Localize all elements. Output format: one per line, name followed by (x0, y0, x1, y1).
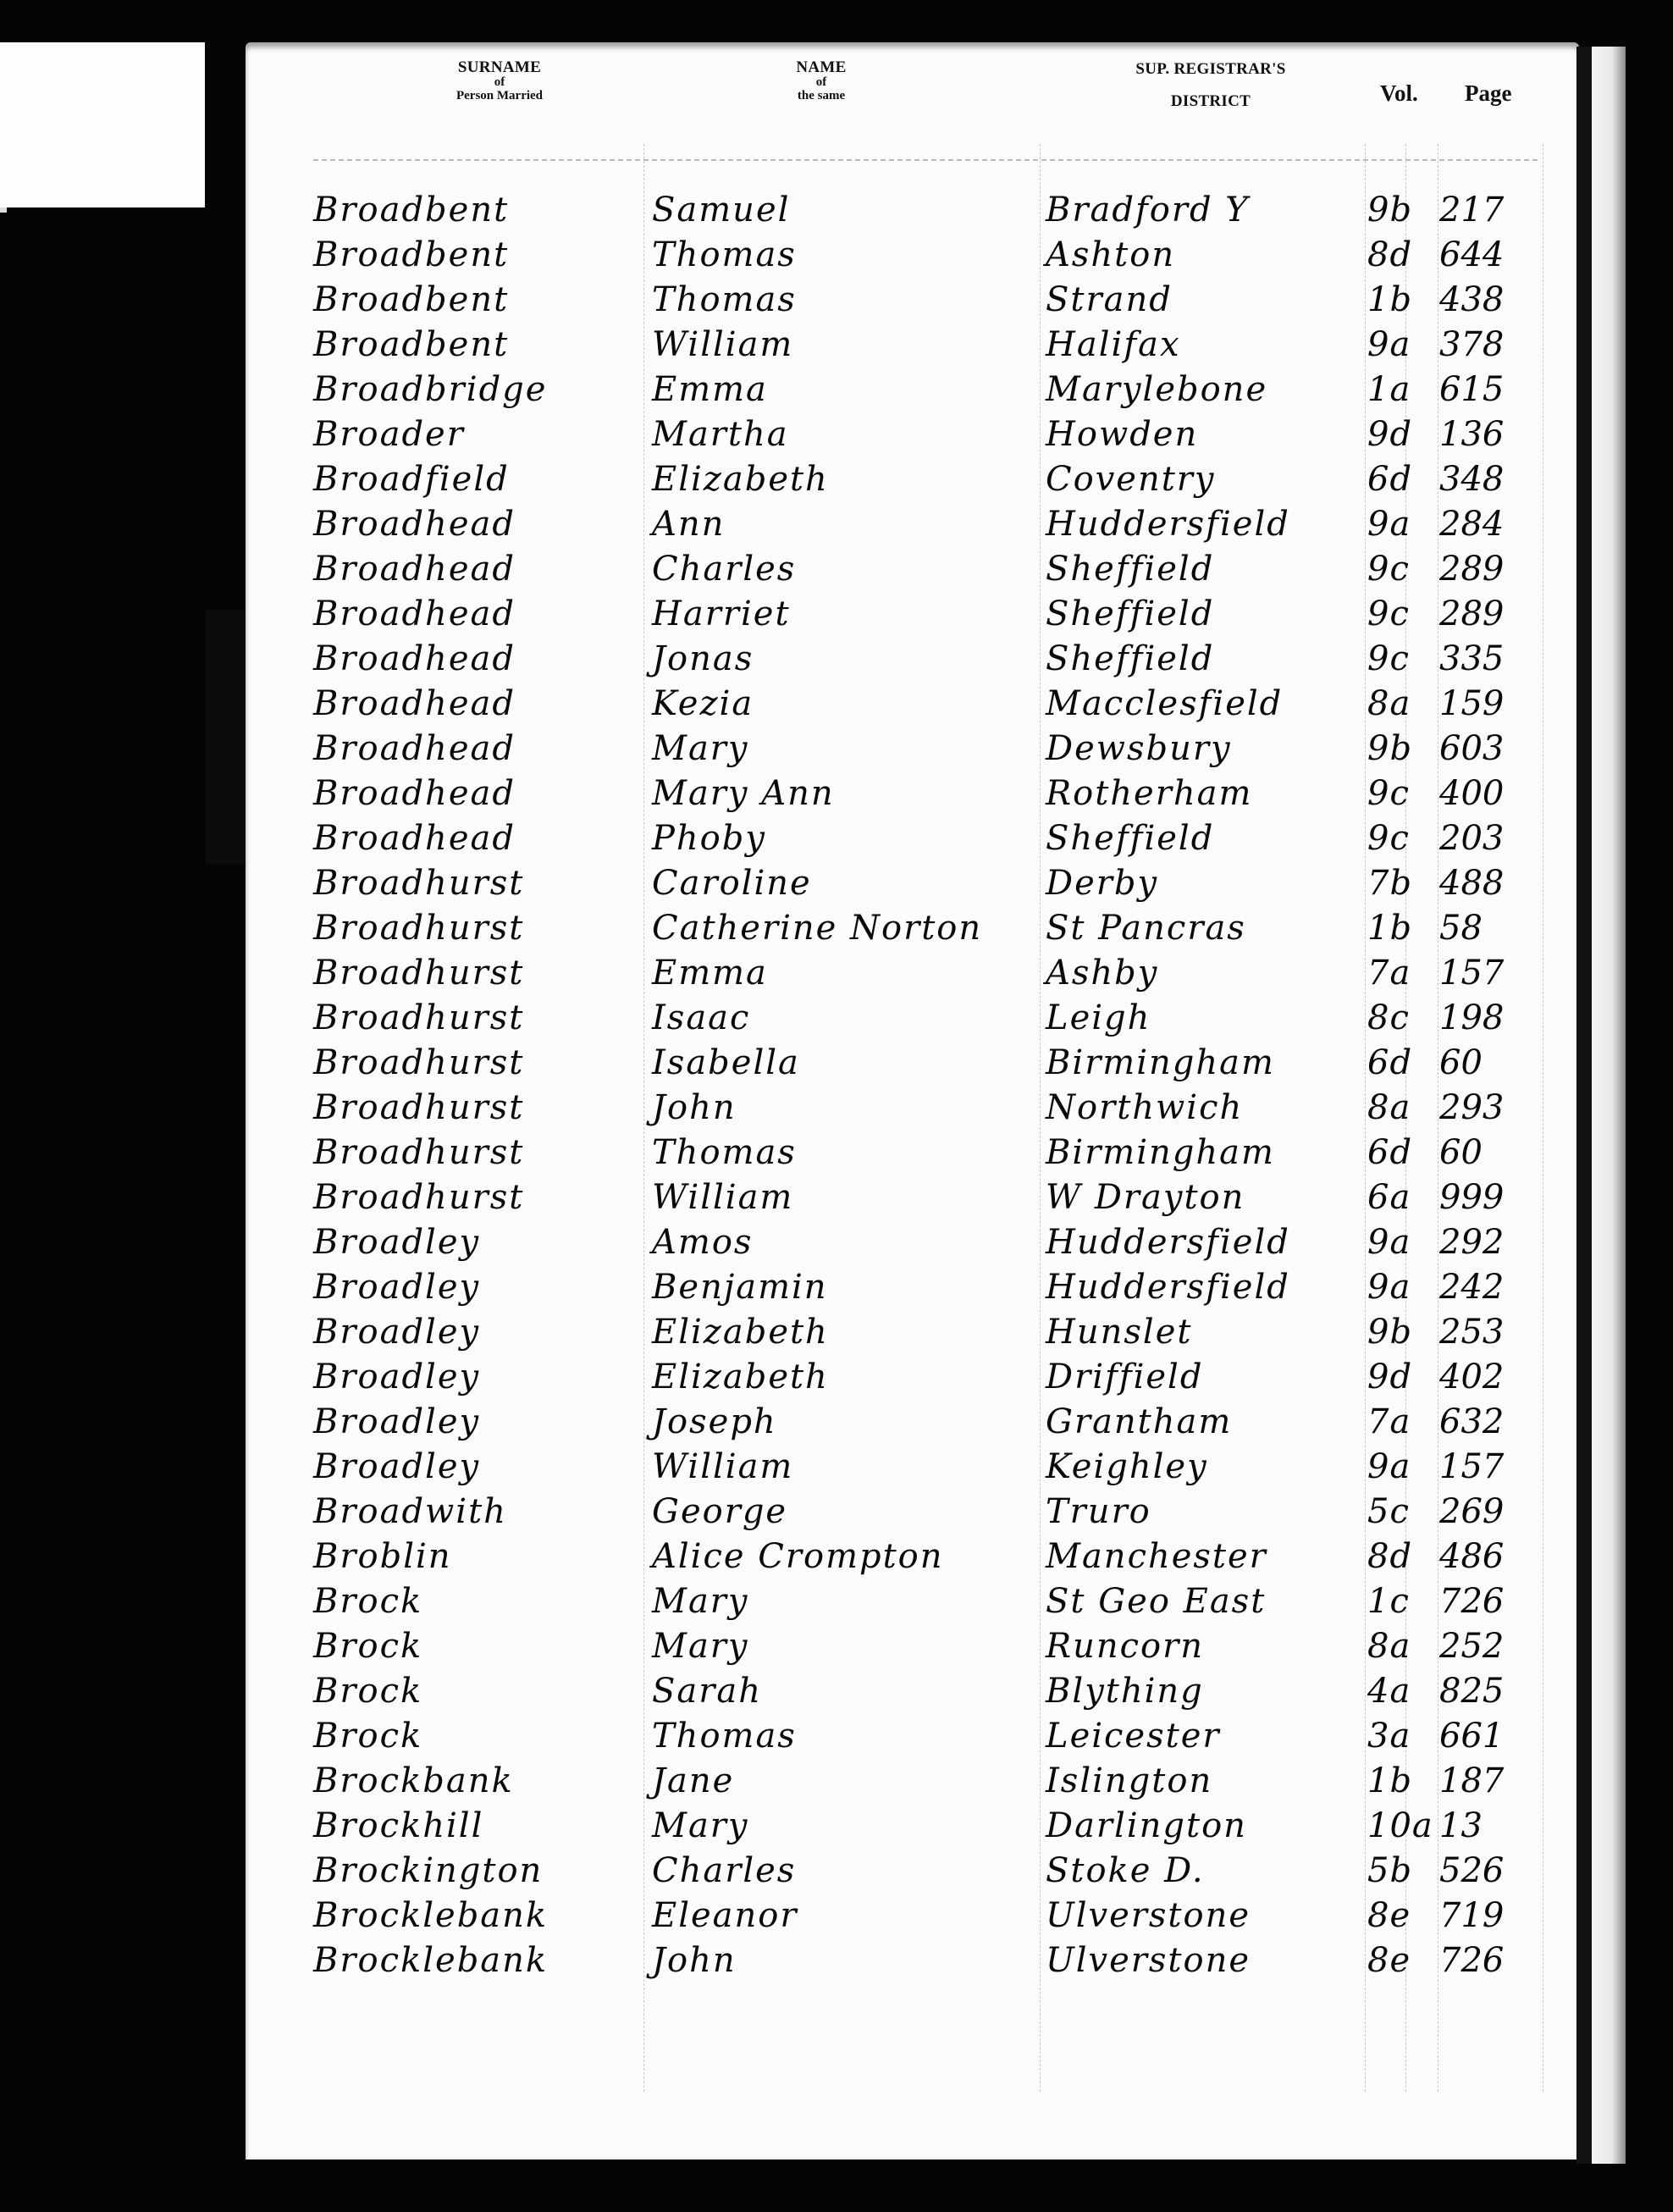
surname: Broadhurst (313, 906, 524, 950)
volume: 9a (1367, 1445, 1439, 1489)
surname: Broadley (313, 1310, 480, 1354)
volume: 8a (1367, 682, 1439, 726)
entry-row: BrockThomasLeicester3a661 (0, 1714, 1673, 1758)
district: W Drayton (1046, 1175, 1245, 1219)
entry-row: BroadhurstCatherine NortonSt Pancras1b58 (0, 906, 1673, 950)
district: Sheffield (1046, 592, 1214, 636)
page-number: 242 (1439, 1265, 1504, 1309)
volume: 6d (1367, 1041, 1439, 1085)
given-name: Eleanor (652, 1894, 798, 1938)
entry-row: BrockbankJaneIslington1b187 (0, 1759, 1673, 1803)
district: Rotherham (1046, 771, 1252, 816)
district: Birmingham (1046, 1131, 1275, 1175)
header-name-line1: NAME (762, 59, 881, 76)
surname: Broadbent (313, 233, 509, 277)
district: Manchester (1046, 1535, 1267, 1579)
volume: 5c (1367, 1490, 1439, 1534)
district: St Pancras (1046, 906, 1246, 950)
volume: 9c (1367, 592, 1439, 636)
entry-row: BroadbridgeEmmaMarylebone1a615 (0, 368, 1673, 412)
given-name: Mary (652, 1804, 749, 1848)
volume: 5b (1367, 1849, 1439, 1893)
page-number: 488 (1439, 861, 1504, 905)
surname: Brocklebank (313, 1894, 548, 1938)
district: Stoke D. (1046, 1849, 1205, 1893)
district: Halifax (1046, 323, 1181, 367)
page-number: 157 (1439, 1445, 1504, 1489)
surname: Broadhead (313, 771, 516, 816)
entry-row: BroadleyElizabethHunslet9b253 (0, 1310, 1673, 1354)
entry-row: BroadhurstIsaacLeigh8c198 (0, 996, 1673, 1040)
volume: 4a (1367, 1669, 1439, 1713)
page-number: 348 (1439, 457, 1504, 501)
page-number: 157 (1439, 951, 1504, 995)
page-number: 284 (1439, 502, 1504, 546)
surname: Brock (313, 1579, 422, 1623)
volume: 6a (1367, 1175, 1439, 1219)
header-rule (313, 159, 1541, 161)
page-number: 60 (1439, 1131, 1483, 1175)
surname: Broadhurst (313, 861, 524, 905)
volume: 8a (1367, 1086, 1439, 1130)
volume: 8e (1367, 1938, 1439, 1983)
given-name: Thomas (652, 233, 797, 277)
district: Howden (1046, 412, 1198, 456)
volume: 8e (1367, 1894, 1439, 1938)
given-name: Phoby (652, 816, 766, 860)
volume: 9c (1367, 771, 1439, 816)
surname: Broadhurst (313, 1086, 524, 1130)
surname: Broadley (313, 1220, 480, 1264)
entry-row: BrocklebankJohnUlverstone8e726 (0, 1938, 1673, 1983)
surname: Broblin (313, 1535, 452, 1579)
volume: 9b (1367, 727, 1439, 771)
given-name: Elizabeth (652, 457, 829, 501)
given-name: William (652, 323, 793, 367)
page-number: 58 (1439, 906, 1483, 950)
given-name: Thomas (652, 278, 797, 322)
entry-row: BroadheadAnnHuddersfield9a284 (0, 502, 1673, 546)
entry-row: BroadleyAmosHuddersfield9a292 (0, 1220, 1673, 1264)
entry-row: BroadhurstEmmaAshby7a157 (0, 951, 1673, 995)
given-name: Thomas (652, 1131, 797, 1175)
district: Leicester (1046, 1714, 1221, 1758)
surname: Broadley (313, 1400, 480, 1444)
entry-row: BroadhurstJohnNorthwich8a293 (0, 1086, 1673, 1130)
surname: Brockington (313, 1849, 543, 1893)
given-name: John (652, 1938, 737, 1983)
page-number: 486 (1439, 1535, 1504, 1579)
page-number: 400 (1439, 771, 1504, 816)
page-number: 644 (1439, 233, 1504, 277)
given-name: Isabella (652, 1041, 800, 1085)
page-number: 719 (1439, 1894, 1504, 1938)
page-number: 378 (1439, 323, 1504, 367)
page-number: 198 (1439, 996, 1504, 1040)
district: Darlington (1046, 1804, 1247, 1848)
entry-row: BroadheadKeziaMacclesfield8a159 (0, 682, 1673, 726)
given-name: Isaac (652, 996, 750, 1040)
entry-row: BroadheadHarrietSheffield9c289 (0, 592, 1673, 636)
surname: Brock (313, 1714, 422, 1758)
entry-row: BroadbentThomasStrand1b438 (0, 278, 1673, 322)
page-number: 825 (1439, 1669, 1504, 1713)
volume: 7a (1367, 1400, 1439, 1444)
given-name: John (652, 1086, 737, 1130)
volume: 9a (1367, 502, 1439, 546)
volume: 9a (1367, 1265, 1439, 1309)
given-name: Mary (652, 727, 749, 771)
surname: Broadbent (313, 188, 509, 232)
district: Ulverstone (1046, 1894, 1251, 1938)
header-district: SUP. REGISTRAR'S DISTRICT (1109, 61, 1312, 110)
given-name: Mary Ann (652, 771, 835, 816)
surname: Broadley (313, 1355, 480, 1399)
header-name: NAME of the same (762, 59, 881, 102)
entry-row: BroadwithGeorgeTruro5c269 (0, 1490, 1673, 1534)
page-number: 438 (1439, 278, 1504, 322)
entry-row: BroadleyWilliamKeighley9a157 (0, 1445, 1673, 1489)
page-number: 661 (1439, 1714, 1504, 1758)
district: Runcorn (1046, 1624, 1204, 1668)
volume: 3a (1367, 1714, 1439, 1758)
surname: Broadhead (313, 637, 516, 681)
surname: Brock (313, 1624, 422, 1668)
surname: Broadhead (313, 502, 516, 546)
given-name: Ann (652, 502, 725, 546)
district: Huddersfield (1046, 502, 1290, 546)
volume: 8d (1367, 1535, 1439, 1579)
given-name: Mary (652, 1624, 749, 1668)
volume: 9a (1367, 323, 1439, 367)
surname: Broadhurst (313, 1041, 524, 1085)
entry-row: BrockMarySt Geo East1c726 (0, 1579, 1673, 1623)
page-number: 187 (1439, 1759, 1504, 1803)
district: Dewsbury (1046, 727, 1232, 771)
district: Sheffield (1046, 637, 1214, 681)
header-surname-line1: SURNAME (415, 59, 584, 76)
header-vol: Vol. (1380, 80, 1418, 107)
volume: 7b (1367, 861, 1439, 905)
district: Sheffield (1046, 547, 1214, 591)
page-number: 289 (1439, 547, 1504, 591)
given-name: Catherine Norton (652, 906, 982, 950)
volume: 9d (1367, 1355, 1439, 1399)
surname: Brockhill (313, 1804, 483, 1848)
page-number: 13 (1439, 1804, 1483, 1848)
volume: 1b (1367, 278, 1439, 322)
entry-row: BroadbentWilliamHalifax9a378 (0, 323, 1673, 367)
given-name: Jonas (652, 637, 754, 681)
entry-row: BroaderMarthaHowden9d136 (0, 412, 1673, 456)
district: Hunslet (1046, 1310, 1192, 1354)
given-name: Charles (652, 547, 796, 591)
page-number: 402 (1439, 1355, 1504, 1399)
district: Huddersfield (1046, 1220, 1290, 1264)
entry-row: BroblinAlice CromptonManchester8d486 (0, 1535, 1673, 1579)
given-name: George (652, 1490, 787, 1534)
district: Islington (1046, 1759, 1212, 1803)
volume: 1c (1367, 1579, 1439, 1623)
volume: 6d (1367, 457, 1439, 501)
district: Blything (1046, 1669, 1204, 1713)
entry-row: BroadhurstThomasBirmingham6d60 (0, 1131, 1673, 1175)
district: Coventry (1046, 457, 1216, 501)
page-number: 136 (1439, 412, 1504, 456)
header-district-line2: DISTRICT (1109, 93, 1312, 110)
given-name: Alice Crompton (652, 1535, 944, 1579)
surname: Broadley (313, 1265, 480, 1309)
given-name: Charles (652, 1849, 796, 1893)
surname: Broadhurst (313, 996, 524, 1040)
surname: Brockbank (313, 1759, 514, 1803)
entry-row: BroadheadJonasSheffield9c335 (0, 637, 1673, 681)
volume: 1b (1367, 906, 1439, 950)
entry-row: BroadheadMary AnnRotherham9c400 (0, 771, 1673, 816)
district: Sheffield (1046, 816, 1214, 860)
page-number: 60 (1439, 1041, 1483, 1085)
header-name-line2: of (762, 76, 881, 90)
district: Huddersfield (1046, 1265, 1290, 1309)
district: Keighley (1046, 1445, 1208, 1489)
given-name: Emma (652, 368, 768, 412)
entry-row: BrockSarahBlything4a825 (0, 1669, 1673, 1713)
volume: 9b (1367, 1310, 1439, 1354)
page-number: 526 (1439, 1849, 1504, 1893)
given-name: Elizabeth (652, 1310, 829, 1354)
district: Derby (1046, 861, 1158, 905)
district: Truro (1046, 1490, 1151, 1534)
entry-row: BroadbentThomasAshton8d644 (0, 233, 1673, 277)
entry-row: BroadheadCharlesSheffield9c289 (0, 547, 1673, 591)
page-number: 999 (1439, 1175, 1504, 1219)
volume: 9d (1367, 412, 1439, 456)
page-number: 217 (1439, 188, 1504, 232)
page-number: 603 (1439, 727, 1504, 771)
entry-row: BrockMaryRuncorn8a252 (0, 1624, 1673, 1668)
header-surname-line2: of (415, 76, 584, 90)
volume: 9c (1367, 816, 1439, 860)
given-name: Harriet (652, 592, 791, 636)
surname: Broadwith (313, 1490, 507, 1534)
page-number: 289 (1439, 592, 1504, 636)
volume: 8d (1367, 233, 1439, 277)
page-number: 159 (1439, 682, 1504, 726)
page-number: 269 (1439, 1490, 1504, 1534)
entry-row: BroadbentSamuelBradford Y9b217 (0, 188, 1673, 232)
given-name: Mary (652, 1579, 749, 1623)
district: Macclesfield (1046, 682, 1283, 726)
volume: 6d (1367, 1131, 1439, 1175)
given-name: Martha (652, 412, 789, 456)
volume: 1b (1367, 1759, 1439, 1803)
surname: Broadhead (313, 592, 516, 636)
surname: Broadhurst (313, 951, 524, 995)
surname: Broadhead (313, 816, 516, 860)
surname: Broadhead (313, 547, 516, 591)
surname: Broadfield (313, 457, 510, 501)
page-number: 292 (1439, 1220, 1504, 1264)
volume: 9b (1367, 188, 1439, 232)
volume: 9a (1367, 1220, 1439, 1264)
given-name: Emma (652, 951, 768, 995)
entry-row: BrockingtonCharlesStoke D.5b526 (0, 1849, 1673, 1893)
district: Grantham (1046, 1400, 1232, 1444)
district: St Geo East (1046, 1579, 1266, 1623)
district: Driffield (1046, 1355, 1203, 1399)
given-name: Samuel (652, 188, 790, 232)
surname: Broadhead (313, 682, 516, 726)
district: Ulverstone (1046, 1938, 1251, 1983)
volume: 9c (1367, 547, 1439, 591)
given-name: Elizabeth (652, 1355, 829, 1399)
entry-row: BrockhillMaryDarlington10a13 (0, 1804, 1673, 1848)
surname: Brock (313, 1669, 422, 1713)
surname: Broadhurst (313, 1175, 524, 1219)
given-name: Joseph (652, 1400, 777, 1444)
page-number: 252 (1439, 1624, 1504, 1668)
given-name: Kezia (652, 682, 754, 726)
page-number: 632 (1439, 1400, 1504, 1444)
district: Strand (1046, 278, 1173, 322)
page-number: 726 (1439, 1579, 1504, 1623)
entry-row: BroadleyJosephGrantham7a632 (0, 1400, 1673, 1444)
surname: Broadhurst (313, 1131, 524, 1175)
page-number: 253 (1439, 1310, 1504, 1354)
volume: 8a (1367, 1624, 1439, 1668)
page-number: 335 (1439, 637, 1504, 681)
entry-row: BroadhurstCarolineDerby7b488 (0, 861, 1673, 905)
given-name: Benjamin (652, 1265, 828, 1309)
page-number: 615 (1439, 368, 1504, 412)
entry-row: BroadfieldElizabethCoventry6d348 (0, 457, 1673, 501)
entry-row: BroadheadPhobySheffield9c203 (0, 816, 1673, 860)
entry-row: BroadleyElizabethDriffield9d402 (0, 1355, 1673, 1399)
volume: 10a (1367, 1804, 1439, 1848)
district: Bradford Y (1046, 188, 1250, 232)
header-name-line3: the same (762, 90, 881, 103)
surname: Broadbent (313, 278, 509, 322)
district: Marylebone (1046, 368, 1267, 412)
given-name: Thomas (652, 1714, 797, 1758)
entry-row: BrocklebankEleanorUlverstone8e719 (0, 1894, 1673, 1938)
given-name: Amos (652, 1220, 753, 1264)
given-name: Caroline (652, 861, 812, 905)
index-tab-marker (0, 42, 205, 207)
header-page: Page (1465, 80, 1511, 107)
entry-row: BroadheadMaryDewsbury9b603 (0, 727, 1673, 771)
header-surname: SURNAME of Person Married (415, 59, 584, 102)
surname: Broadhead (313, 727, 516, 771)
surname: Broadbent (313, 323, 509, 367)
district: Birmingham (1046, 1041, 1275, 1085)
header-surname-line3: Person Married (415, 90, 584, 103)
surname: Broadbridge (313, 368, 547, 412)
given-name: Jane (652, 1759, 734, 1803)
volume: 7a (1367, 951, 1439, 995)
volume: 9c (1367, 637, 1439, 681)
volume: 8c (1367, 996, 1439, 1040)
given-name: Sarah (652, 1669, 762, 1713)
page-number: 726 (1439, 1938, 1504, 1983)
given-name: William (652, 1175, 793, 1219)
volume: 1a (1367, 368, 1439, 412)
page-number: 293 (1439, 1086, 1504, 1130)
entry-row: BroadleyBenjaminHuddersfield9a242 (0, 1265, 1673, 1309)
district: Northwich (1046, 1086, 1243, 1130)
given-name: William (652, 1445, 793, 1489)
surname: Brocklebank (313, 1938, 548, 1983)
district: Ashby (1046, 951, 1158, 995)
district: Leigh (1046, 996, 1151, 1040)
surname: Broader (313, 412, 465, 456)
page-number: 203 (1439, 816, 1504, 860)
entry-row: BroadhurstIsabellaBirmingham6d60 (0, 1041, 1673, 1085)
surname: Broadley (313, 1445, 480, 1489)
header-district-line1: SUP. REGISTRAR'S (1109, 61, 1312, 78)
district: Ashton (1046, 233, 1175, 277)
entry-row: BroadhurstWilliamW Drayton6a999 (0, 1175, 1673, 1219)
